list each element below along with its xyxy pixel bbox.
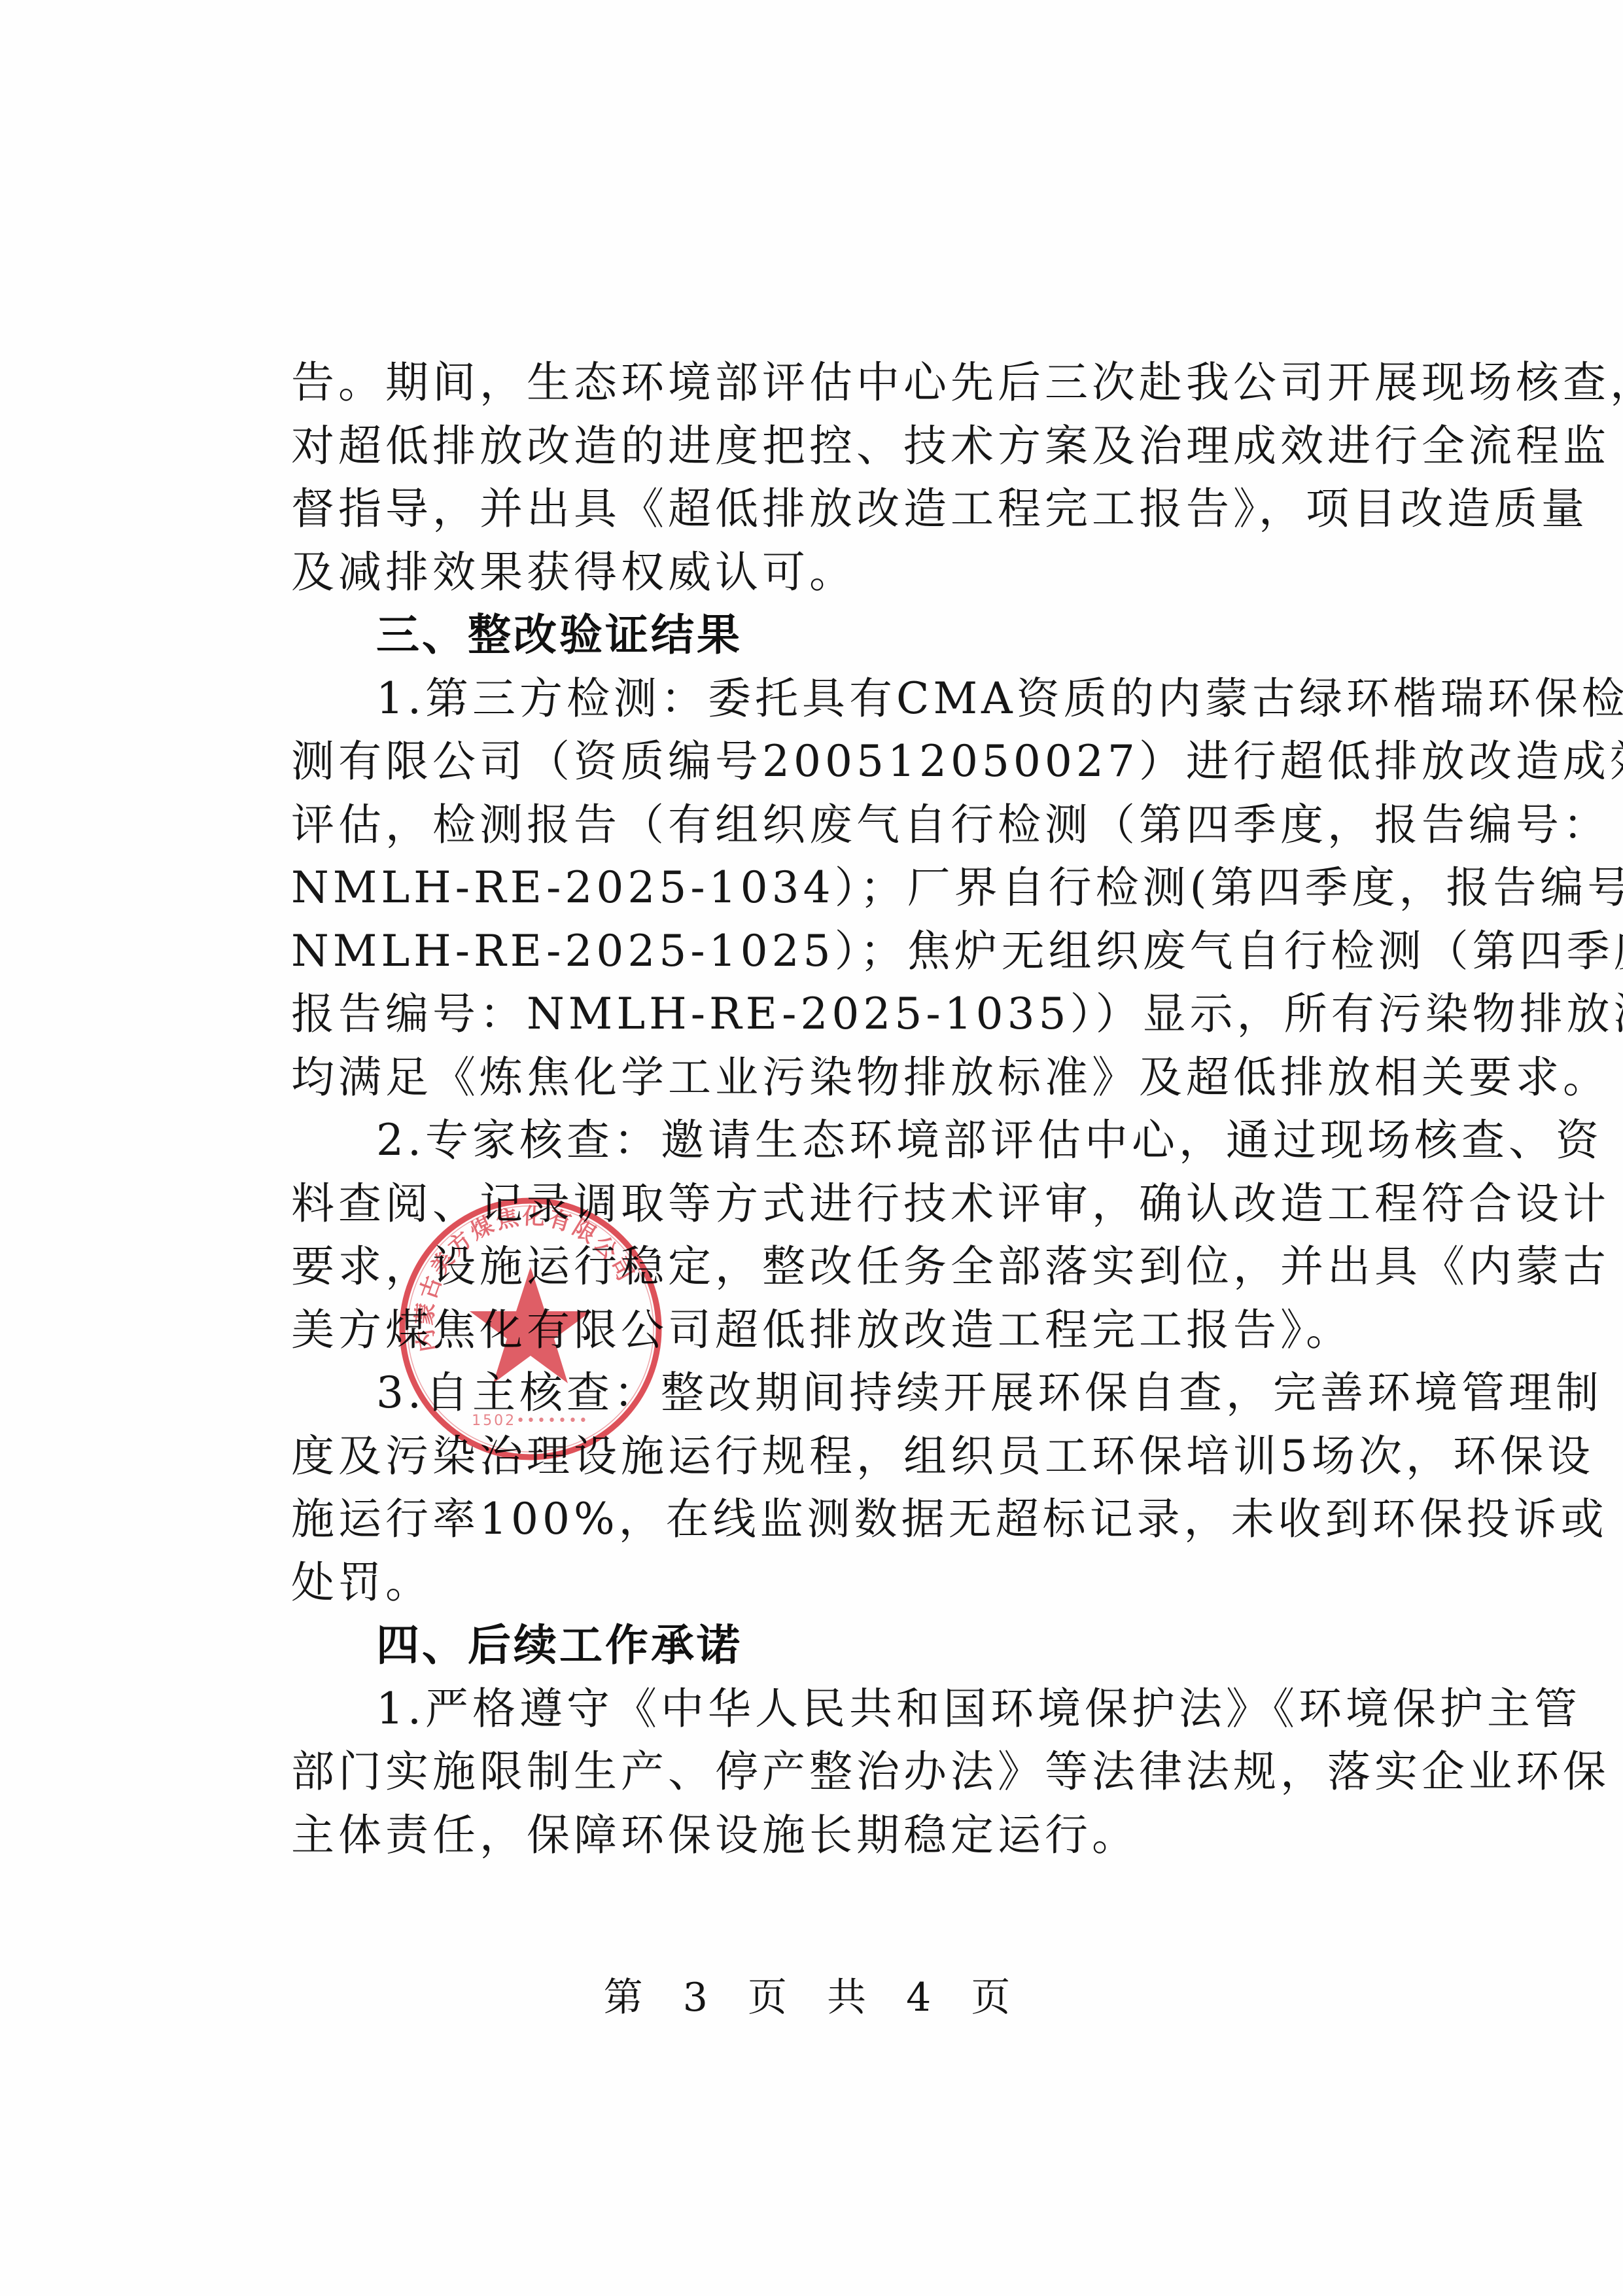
- text-line: 料查阅、记录调取等方式进行技术评审，确认改造工程符合设计: [291, 1173, 1370, 1236]
- section3-item-self-inspection: 3.自主核查：整改期间持续开展环保自查，完善环境管理制 度及污染治理设施运行规程…: [291, 1362, 1370, 1614]
- text-line: 1.严格遵守《中华人民共和国环境保护法》《环境保护主管: [291, 1678, 1370, 1741]
- text-line: 及减排效果获得权威认可。: [291, 541, 1370, 605]
- document-page: 告。期间，生态环境部评估中心先后三次赴我公司开展现场核查， 对超低排放改造的进度…: [0, 0, 1623, 2296]
- text-line: 主体责任，保障环保设施长期稳定运行。: [291, 1804, 1370, 1867]
- text-line: 处罚。: [291, 1551, 1370, 1615]
- section3-item-expert-review: 2.专家核查：邀请生态环境部评估中心，通过现场核查、资 料查阅、记录调取等方式进…: [291, 1109, 1370, 1362]
- section4-item-legal-compliance: 1.严格遵守《中华人民共和国环境保护法》《环境保护主管 部门实施限制生产、停产整…: [291, 1678, 1370, 1867]
- text-line: 2.专家核查：邀请生态环境部评估中心，通过现场核查、资: [291, 1109, 1370, 1173]
- text-line: 报告编号：NMLH-RE-2025-1035））显示，所有污染物排放浓度: [291, 983, 1370, 1046]
- text-line: 要求，设施运行稳定，整改任务全部落实到位，并出具《内蒙古: [291, 1235, 1370, 1299]
- text-line: 对超低排放改造的进度把控、技术方案及治理成效进行全流程监: [291, 415, 1370, 478]
- section-heading-verification-results: 三、整改验证结果: [291, 604, 1370, 667]
- text-line: NMLH-RE-2025-1034）；厂界自行检测(第四季度，报告编号：: [291, 857, 1370, 920]
- text-line: 度及污染治理设施运行规程，组织员工环保培训5场次，环保设: [291, 1425, 1370, 1489]
- text-line: 美方煤焦化有限公司超低排放改造工程完工报告》。: [291, 1299, 1370, 1362]
- text-line: 部门实施限制生产、停产整治办法》等法律法规，落实企业环保: [291, 1740, 1370, 1804]
- page-number-footer: 第 3 页 共 4 页: [0, 1966, 1623, 2022]
- text-line: 施运行率100%，在线监测数据无超标记录，未收到环保投诉或: [291, 1488, 1370, 1551]
- text-line: 评估，检测报告（有组织废气自行检测（第四季度，报告编号：: [291, 794, 1370, 857]
- text-line: NMLH-RE-2025-1025）；焦炉无组织废气自行检测（第四季度，: [291, 920, 1370, 983]
- text-line: 测有限公司（资质编号200512050027）进行超低排放改造成效: [291, 730, 1370, 794]
- section-heading-follow-up-commitments: 四、后续工作承诺: [291, 1614, 1370, 1678]
- document-body: 告。期间，生态环境部评估中心先后三次赴我公司开展现场核查， 对超低排放改造的进度…: [291, 351, 1370, 1867]
- section3-item-third-party-testing: 1.第三方检测：委托具有CMA资质的内蒙古绿环楷瑞环保检 测有限公司（资质编号2…: [291, 667, 1370, 1110]
- text-line: 3.自主核查：整改期间持续开展环保自查，完善环境管理制: [291, 1362, 1370, 1425]
- text-line: 告。期间，生态环境部评估中心先后三次赴我公司开展现场核查，: [291, 351, 1370, 415]
- text-line: 均满足《炼焦化学工业污染物排放标准》及超低排放相关要求。: [291, 1046, 1370, 1110]
- text-line: 督指导，并出具《超低排放改造工程完工报告》，项目改造质量: [291, 478, 1370, 541]
- text-line: 1.第三方检测：委托具有CMA资质的内蒙古绿环楷瑞环保检: [291, 667, 1370, 731]
- intro-paragraph: 告。期间，生态环境部评估中心先后三次赴我公司开展现场核查， 对超低排放改造的进度…: [291, 351, 1370, 604]
